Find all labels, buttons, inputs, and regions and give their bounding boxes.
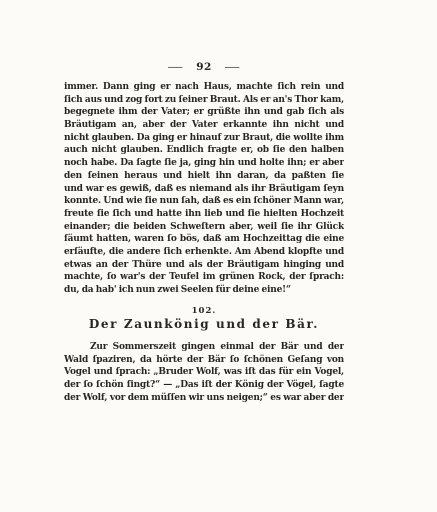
text-line: der Wolf, vor dem müſſen wir uns neigen;… <box>64 392 344 405</box>
continuation-paragraph: immer. Dann ging er nach Haus, machte ſi… <box>64 81 344 297</box>
text-line: den ſeinen heraus und hielt ihn daran, d… <box>64 170 344 183</box>
story-title: Der Zaunkönig und der Bär. <box>64 317 344 331</box>
running-head: — 92 — <box>64 61 344 73</box>
text-line: auch nicht glauben. Endlich fragte er, o… <box>64 144 344 157</box>
story-number: 102. <box>64 306 344 316</box>
header-left-dash: — <box>167 61 184 73</box>
text-line: immer. Dann ging er nach Haus, machte ſi… <box>64 81 344 94</box>
text-line: ſäumt hatten, waren ſo bös, daß am Hochz… <box>64 233 344 246</box>
text-line: begegnete ihm der Vater; er grüßte ihn u… <box>64 106 344 119</box>
text-line: Bräutigam an, aber der Vater erkannte ih… <box>64 119 344 132</box>
text-line: etwas an der Thüre und als der Bräutigam… <box>64 259 344 272</box>
page-number: 92 <box>196 61 212 73</box>
text-line: freute ſie ſich und hatte ihn lieb und ſ… <box>64 208 344 221</box>
text-line: der ſo ſchön ſingt?“ — „Das iſt der Köni… <box>64 379 344 392</box>
text-line: noch habe. Da ſagte ſie ja, ging hin und… <box>64 157 344 170</box>
text-line: und war es gewiß, daß es niemand als ihr… <box>64 183 344 196</box>
text-line: nicht glauben. Da ging er hinauf zur Bra… <box>64 132 344 145</box>
book-page: — 92 — immer. Dann ging er nach Haus, ma… <box>0 0 437 512</box>
story-opening-paragraph: Zur Sommerszeit gingen einmal der Bär un… <box>64 341 344 404</box>
text-line: konnte. Und wie ſie nun ſah, daß es ein … <box>64 195 344 208</box>
text-line: du, da hab' ich nun zwei Seelen für dein… <box>64 284 344 297</box>
text-line: ſich aus und zog fort zu ſeiner Braut. A… <box>64 94 344 107</box>
text-line: Wald ſpaziren, da hörte der Bär ſo ſchön… <box>64 354 344 367</box>
text-line: Zur Sommerszeit gingen einmal der Bär un… <box>64 341 344 354</box>
text-line: Vogel und ſprach: „Bruder Wolf, was iſt … <box>64 366 344 379</box>
text-line: erſäufte, die andere ſich erhenkte. Am A… <box>64 246 344 259</box>
text-line: machte, ſo war's der Teufel im grünen Ro… <box>64 271 344 284</box>
header-right-dash: — <box>224 61 241 73</box>
text-line: einander; die beiden Schweſtern aber, we… <box>64 221 344 234</box>
